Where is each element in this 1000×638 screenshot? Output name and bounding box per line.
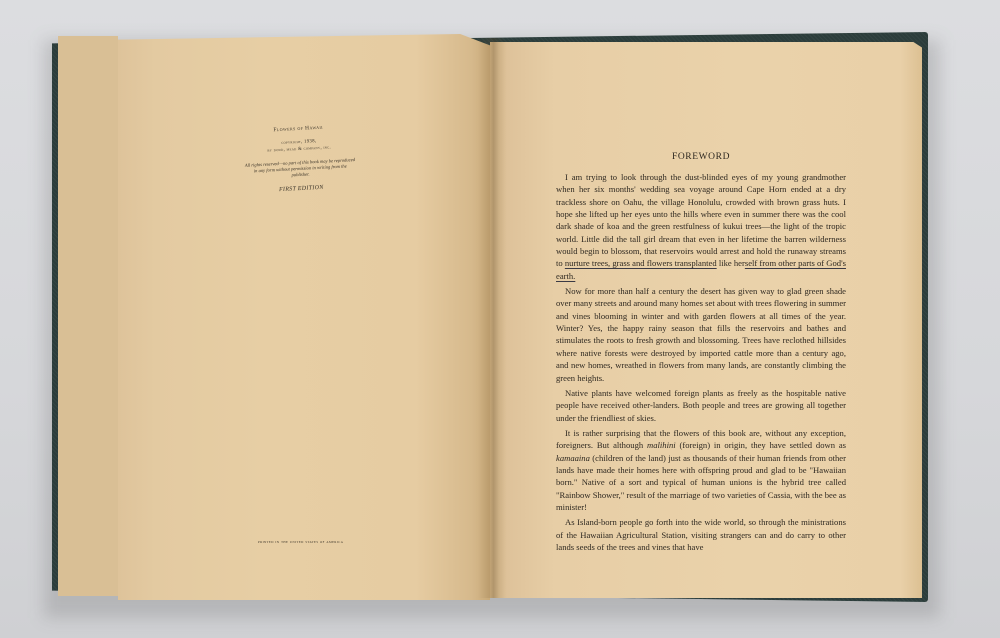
book-title: Flowers of Hawaii [238,123,358,135]
left-endpaper [58,36,118,596]
paragraph-text: (children of the land) just as thousands… [556,453,846,512]
paragraph-text: (foreign) in origin, they have settled d… [676,440,846,450]
foreword-paragraph-4: It is rather surprising that the flowers… [556,427,846,513]
printed-in-notice: printed in the united states of america [258,539,343,544]
foreword-paragraph-2: Now for more than half a century the des… [556,285,846,384]
left-page: Flowers of Hawaii copyright, 1938, by do… [118,34,490,600]
foreword-section: FOREWORD I am trying to look through the… [556,152,846,556]
paragraph-text: like her [717,258,745,268]
copyright-block: Flowers of Hawaii copyright, 1938, by do… [238,123,361,196]
edition-label: FIRST EDITION [241,183,361,195]
hawaiian-term-kamaaina: kamaaina [556,453,590,463]
foreword-title: FOREWORD [556,152,846,162]
foreword-paragraph-5: As Island-born people go forth into the … [556,516,846,553]
paragraph-text: I am trying to look through the dust-bli… [556,172,846,268]
foreword-paragraph-3: Native plants have welcomed foreign plan… [556,387,846,424]
right-page: FOREWORD I am trying to look through the… [490,42,922,598]
rights-notice: All rights reserved—no part of this book… [240,157,361,181]
pen-underlined-text: nurture trees, grass and flowers transpl… [565,258,717,268]
foreword-paragraph-1: I am trying to look through the dust-bli… [556,171,846,282]
hawaiian-term-malihini: malihini [647,440,676,450]
